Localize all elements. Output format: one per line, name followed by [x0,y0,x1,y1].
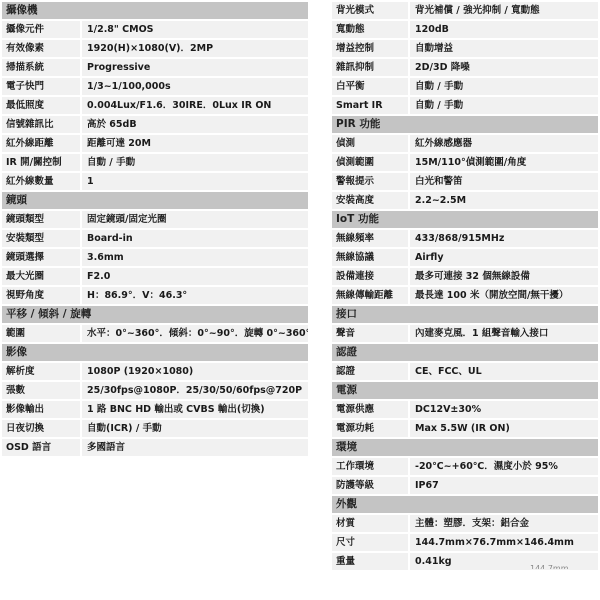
spec-row: 工作環境-20℃~+60℃．濕度小於 95% [332,458,598,475]
spec-row: 安裝高度2.2~2.5M [332,192,598,209]
spec-row: 電源供應DC12V±30% [332,401,598,418]
spec-value: 內建麥克風．1 組聲音輸入接口 [410,325,598,342]
spec-row: 白平衡自動 / 手動 [332,78,598,95]
spec-table-left: 攝像機 攝像元件1/2.8" CMOS 有效像素1920(H)×1080(V)．… [2,2,308,458]
spec-row: 增益控制自動增益 [332,40,598,57]
spec-row: 鏡頭類型固定鏡頭/固定光圈 [2,211,308,228]
spec-label: 最低照度 [2,97,80,114]
section-header-appearance: 外觀 [332,496,598,513]
spec-value: 多國語言 [82,439,308,456]
spec-value: F2.0 [82,268,308,285]
spec-label: 電子快門 [2,78,80,95]
spec-label: 偵測範圍 [332,154,408,171]
spec-row: 雜訊抑制2D/3D 降噪 [332,59,598,76]
spec-value: 最長達 100 米（開放空間/無干擾） [410,287,598,304]
spec-value: 0.41kg [410,553,598,570]
spec-label: 日夜切換 [2,420,80,437]
spec-value: 高於 65dB [82,116,308,133]
spec-value: 背光補償 / 強光抑制 / 寬動態 [410,2,598,19]
spec-value: 1 [82,173,308,190]
spec-row: Smart IR自動 / 手動 [332,97,598,114]
section-header-pan-tilt-rotate: 平移 / 傾斜 / 旋轉 [2,306,308,323]
spec-row: 無線協議Airfly [332,249,598,266]
spec-label: 認證 [332,363,408,380]
spec-value: 水平：0°~360°．傾斜：0°~90°．旋轉 0°~360° [82,325,308,342]
clipped-dimension-label: 144.7mm [530,564,569,569]
spec-label: 重量 [332,553,408,570]
spec-value: 15M/110°偵測範圍/角度 [410,154,598,171]
spec-value: 最多可連接 32 個無線設備 [410,268,598,285]
spec-row: 影像輸出1 路 BNC HD 輸出或 CVBS 輸出(切換) [2,401,308,418]
spec-row: 視野角度H：86.9°．V：46.3° [2,287,308,304]
spec-value: Airfly [410,249,598,266]
spec-row: 防護等級IP67 [332,477,598,494]
spec-label: 無線協議 [332,249,408,266]
spec-table-right: 背光模式背光補償 / 強光抑制 / 寬動態 寬動態120dB 增益控制自動增益 … [332,2,598,572]
spec-value: 自動 / 手動 [410,78,598,95]
spec-value: 0.004Lux/F1.6．30IRE．0Lux IR ON [82,97,308,114]
spec-value: -20℃~+60℃．濕度小於 95% [410,458,598,475]
spec-value: 120dB [410,21,598,38]
spec-value: IP67 [410,477,598,494]
spec-label: 鏡頭類型 [2,211,80,228]
spec-label: 防護等級 [332,477,408,494]
spec-row: 有效像素1920(H)×1080(V)．2MP [2,40,308,57]
spec-label: 信號雜訊比 [2,116,80,133]
spec-label: 解析度 [2,363,80,380]
spec-label: 電源功耗 [332,420,408,437]
spec-label: 背光模式 [332,2,408,19]
spec-label: 尺寸 [332,534,408,551]
spec-row: 鏡頭選擇3.6mm [2,249,308,266]
spec-value: 1080P (1920×1080) [82,363,308,380]
spec-value: 25/30fps@1080P．25/30/50/60fps@720P [82,382,308,399]
spec-label: 紅外線數量 [2,173,80,190]
spec-value: 紅外線感應器 [410,135,598,152]
section-header-environment: 環境 [332,439,598,456]
spec-value: H：86.9°．V：46.3° [82,287,308,304]
spec-label: Smart IR [332,97,408,114]
spec-label: 增益控制 [332,40,408,57]
spec-value: 433/868/915MHz [410,230,598,247]
spec-value: 自動 / 手動 [410,97,598,114]
spec-value: 1920(H)×1080(V)．2MP [82,40,308,57]
spec-value: 主體：塑膠．支架：鋁合金 [410,515,598,532]
spec-label: 偵測 [332,135,408,152]
spec-value: Board-in [82,230,308,247]
spec-label: 鏡頭選擇 [2,249,80,266]
spec-label: 工作環境 [332,458,408,475]
spec-value: 3.6mm [82,249,308,266]
spec-value: Max 5.5W (IR ON) [410,420,598,437]
spec-row: 攝像元件1/2.8" CMOS [2,21,308,38]
section-header-video: 影像 [2,344,308,361]
spec-value: 自動增益 [410,40,598,57]
spec-label: 張數 [2,382,80,399]
spec-row: 材質主體：塑膠．支架：鋁合金 [332,515,598,532]
spec-row: 最大光圈F2.0 [2,268,308,285]
spec-label: 攝像元件 [2,21,80,38]
spec-label: 安裝高度 [332,192,408,209]
section-header-certification: 認證 [332,344,598,361]
spec-label: 掃描系統 [2,59,80,76]
spec-row: 紅外線數量1 [2,173,308,190]
spec-row: 信號雜訊比高於 65dB [2,116,308,133]
spec-label: 電源供應 [332,401,408,418]
spec-row: 張數25/30fps@1080P．25/30/50/60fps@720P [2,382,308,399]
spec-label: 聲音 [332,325,408,342]
section-header-pir: PIR 功能 [332,116,598,133]
spec-label: 設備連接 [332,268,408,285]
spec-label: 無線傳輸距離 [332,287,408,304]
section-header-power: 電源 [332,382,598,399]
spec-value: 144.7mm×76.7mm×146.4mm [410,534,598,551]
spec-label: 有效像素 [2,40,80,57]
spec-label: 紅外線距離 [2,135,80,152]
spec-value: Progressive [82,59,308,76]
spec-value: 2.2~2.5M [410,192,598,209]
spec-value: 自動(ICR) / 手動 [82,420,308,437]
spec-row: 最低照度0.004Lux/F1.6．30IRE．0Lux IR ON [2,97,308,114]
spec-row: OSD 語言多國語言 [2,439,308,456]
spec-row: 掃描系統Progressive [2,59,308,76]
spec-label: 警報提示 [332,173,408,190]
spec-value: CE、FCC、UL [410,363,598,380]
spec-row: 偵測範圍15M/110°偵測範圍/角度 [332,154,598,171]
spec-value: DC12V±30% [410,401,598,418]
spec-row: 設備連接最多可連接 32 個無線設備 [332,268,598,285]
spec-row: 範圍水平：0°~360°．傾斜：0°~90°．旋轉 0°~360° [2,325,308,342]
spec-label: IR 開/關控制 [2,154,80,171]
section-header-iot: IoT 功能 [332,211,598,228]
spec-row: 寬動態120dB [332,21,598,38]
spec-row: 解析度1080P (1920×1080) [2,363,308,380]
spec-row: 紅外線距離距離可達 20M [2,135,308,152]
spec-row: 偵測紅外線感應器 [332,135,598,152]
spec-label: OSD 語言 [2,439,80,456]
spec-row: 日夜切換自動(ICR) / 手動 [2,420,308,437]
spec-label: 視野角度 [2,287,80,304]
spec-row: 無線頻率433/868/915MHz [332,230,598,247]
spec-row: 電子快門1/3~1/100,000s [2,78,308,95]
spec-label: 影像輸出 [2,401,80,418]
spec-row: 尺寸144.7mm×76.7mm×146.4mm [332,534,598,551]
spec-value: 白光和警笛 [410,173,598,190]
spec-value: 2D/3D 降噪 [410,59,598,76]
spec-value: 1 路 BNC HD 輸出或 CVBS 輸出(切換) [82,401,308,418]
spec-row: 認證CE、FCC、UL [332,363,598,380]
spec-value: 距離可達 20M [82,135,308,152]
spec-label: 寬動態 [332,21,408,38]
spec-label: 最大光圈 [2,268,80,285]
spec-label: 安裝類型 [2,230,80,247]
spec-row: 背光模式背光補償 / 強光抑制 / 寬動態 [332,2,598,19]
spec-row: 安裝類型Board-in [2,230,308,247]
spec-row: 電源功耗Max 5.5W (IR ON) [332,420,598,437]
spec-label: 雜訊抑制 [332,59,408,76]
section-header-lens: 鏡頭 [2,192,308,209]
spec-row: 警報提示白光和警笛 [332,173,598,190]
spec-value: 自動 / 手動 [82,154,308,171]
spec-label: 範圍 [2,325,80,342]
section-header-interface: 接口 [332,306,598,323]
spec-row: 無線傳輸距離最長達 100 米（開放空間/無干擾） [332,287,598,304]
spec-label: 材質 [332,515,408,532]
spec-value: 1/3~1/100,000s [82,78,308,95]
spec-label: 無線頻率 [332,230,408,247]
section-header-camera: 攝像機 [2,2,308,19]
spec-row: IR 開/關控制自動 / 手動 [2,154,308,171]
spec-label: 白平衡 [332,78,408,95]
spec-value: 固定鏡頭/固定光圈 [82,211,308,228]
spec-row: 聲音內建麥克風．1 組聲音輸入接口 [332,325,598,342]
spec-value: 1/2.8" CMOS [82,21,308,38]
